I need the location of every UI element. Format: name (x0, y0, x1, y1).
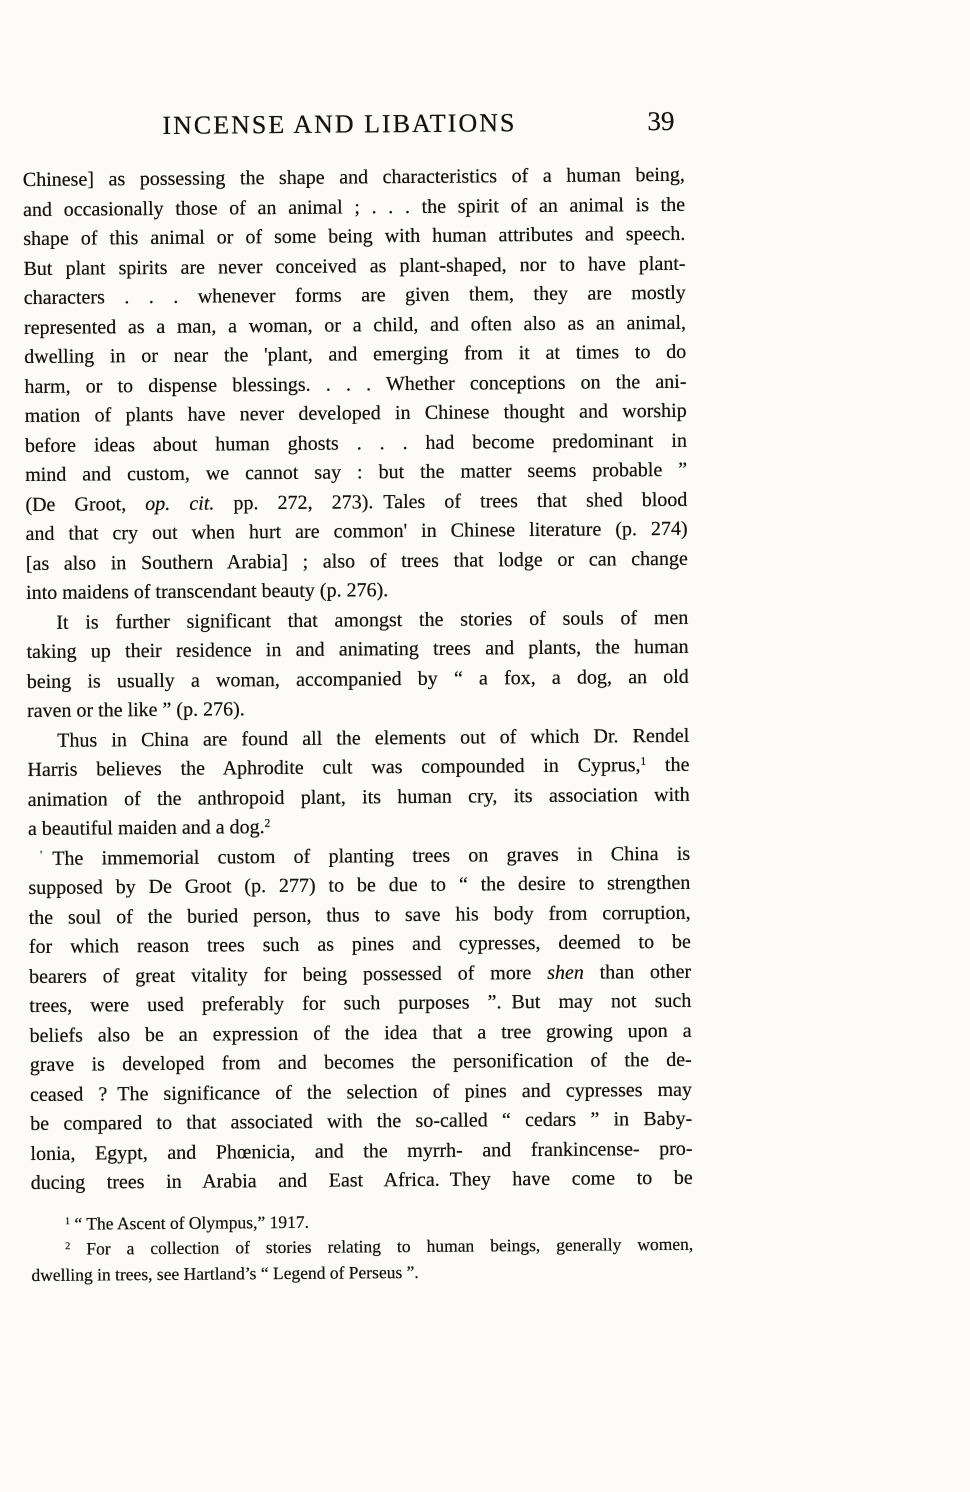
text-segment: represented as a man, a woman, or a chil… (24, 311, 686, 338)
text-segment: For a collection of stories relating to … (70, 1234, 693, 1259)
text-line: Harris believes the Aphrodite cult was c… (27, 751, 689, 786)
footnote-marker: 2 (264, 817, 270, 830)
page-body: Chinese] as possessing the shape and cha… (23, 161, 693, 1199)
text-segment: than other (584, 960, 691, 983)
text-line: taking up their residence in and animati… (26, 633, 688, 668)
text-segment: a beautiful maiden and a dog. (28, 816, 265, 840)
page-title: INCENSE AND LIBATIONS (8, 105, 670, 144)
text-line: dwelling in trees, see Hartland’s “ Lege… (31, 1257, 693, 1288)
text-segment: trees, were used preferably for such pur… (29, 990, 691, 1017)
text-segment: being is usually a woman, accompanied by… (27, 665, 689, 692)
paragraph: Thus in China are found all the elements… (27, 721, 690, 844)
page-content: INCENSE AND LIBATIONS 39 Chinese] as pos… (22, 105, 693, 1288)
text-segment: be compared to that associated with the … (30, 1108, 692, 1135)
text-segment: grave is developed from and becomes the … (30, 1049, 692, 1076)
text-line: grave is developed from and becomes the … (30, 1046, 692, 1081)
text-line: ducing trees in Arabia and East Africa. … (31, 1164, 693, 1199)
text-line: mation of plants have never developed in… (25, 397, 687, 432)
text-segment: ceased ? The significance of the selecti… (30, 1078, 692, 1105)
text-segment: the soul of the buried person, thus to s… (29, 901, 691, 928)
text-segment: supposed by De Groot (p. 277) to be due … (28, 872, 690, 899)
text-line: trees, were used preferably for such pur… (29, 987, 691, 1022)
text-segment: and that cry out when hurt are common' i… (26, 518, 688, 545)
text-line: supposed by De Groot (p. 277) to be due … (28, 869, 690, 904)
text-segment: raven or the like ” (p. 276). (27, 698, 245, 722)
text-segment: beliefs also be an expression of the ide… (29, 1019, 691, 1046)
text-line: for which reason trees such as pines and… (29, 928, 691, 963)
text-segment: dwelling in or near the 'plant, and emer… (24, 341, 686, 368)
text-segment: “ The Ascent of Olympus,” 1917. (70, 1211, 309, 1233)
text-line: [as also in Southern Arabia] ; also of t… (26, 544, 688, 579)
footnote: 2 For a collection of stories relating t… (31, 1232, 693, 1288)
text-segment: The immemorial custom of planting trees … (42, 842, 690, 869)
text-segment: [as also in Southern Arabia] ; also of t… (26, 547, 688, 574)
text-segment: the (646, 754, 689, 776)
text-segment: and occasionally those of an animal ; . … (23, 193, 685, 220)
text-segment: taking up their residence in and animati… (26, 636, 688, 663)
text-segment: It is further significant that amongst t… (56, 606, 688, 633)
text-segment: dwelling in trees, see Hartland’s “ Lege… (31, 1261, 418, 1284)
text-segment: bearers of great vitality for being poss… (29, 961, 547, 987)
text-segment: mind and custom, we cannot say : but the… (25, 459, 687, 486)
text-line: animation of the anthropoid plant, its h… (28, 780, 690, 815)
text-segment: (De Groot, (25, 493, 145, 516)
text-segment: shape of this animal or of some being wi… (23, 223, 685, 250)
paragraph: Chinese] as possessing the shape and cha… (23, 161, 688, 609)
page-header: INCENSE AND LIBATIONS 39 (22, 105, 684, 144)
text-segment: before ideas about human ghosts . . . ha… (25, 429, 687, 456)
text-segment: lonia, Egypt, and Phœnicia, and the myrr… (30, 1137, 692, 1164)
text-line: characters . . . whenever forms are give… (24, 279, 686, 314)
text-segment: ducing trees in Arabia and East Africa. … (31, 1167, 693, 1194)
text-line: shape of this animal or of some being wi… (23, 220, 685, 255)
text-segment: into maidens of transcendant beauty (p. … (26, 579, 388, 604)
text-line: and that cry out when hurt are common' i… (26, 515, 688, 550)
book-page: INCENSE AND LIBATIONS 39 Chinese] as pos… (0, 0, 970, 1492)
text-segment: But plant spirits are never conceived as… (23, 252, 685, 279)
italic-text: shen (547, 961, 584, 983)
text-segment: characters . . . whenever forms are give… (24, 282, 686, 309)
paragraph: ' The immemorial custom of planting tree… (28, 839, 693, 1198)
text-segment: for which reason trees such as pines and… (29, 931, 691, 958)
text-line: being is usually a woman, accompanied by… (27, 662, 689, 697)
text-line: 2 For a collection of stories relating t… (31, 1232, 693, 1263)
text-segment: mation of plants have never developed in… (25, 400, 687, 427)
text-line: mind and custom, we cannot say : but the… (25, 456, 687, 491)
text-segment: pp. 272, 273). Tales of trees that shed … (214, 488, 687, 514)
text-segment: harm, or to dispense blessings. . . . Wh… (24, 370, 686, 397)
footnotes: 1 “ The Ascent of Olympus,” 1917.2 For a… (31, 1206, 694, 1288)
text-segment: Harris believes the Aphrodite cult was c… (27, 754, 640, 781)
text-segment: Thus in China are found all the elements… (57, 724, 689, 751)
italic-text: op. cit. (145, 492, 214, 515)
text-line: be compared to that associated with the … (30, 1105, 692, 1140)
text-line: dwelling in or near the 'plant, and emer… (24, 338, 686, 373)
text-segment: animation of the anthropoid plant, its h… (28, 783, 690, 810)
text-segment: Chinese] as possessing the shape and cha… (23, 164, 685, 191)
paragraph: It is further significant that amongst t… (26, 603, 689, 726)
text-line: Chinese] as possessing the shape and cha… (23, 161, 685, 196)
page-number: 39 (647, 104, 674, 138)
